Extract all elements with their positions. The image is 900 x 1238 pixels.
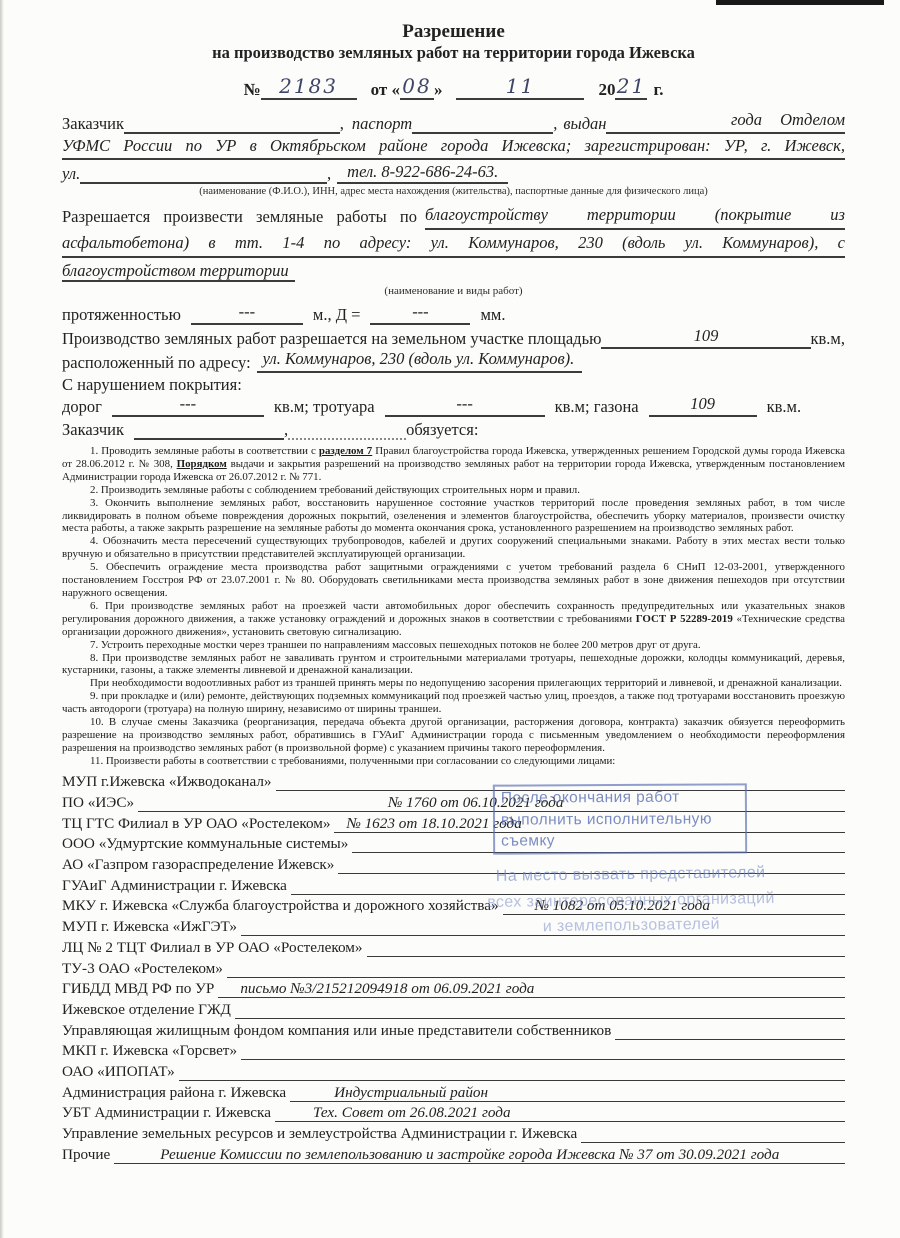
obligation-3: 3. Окончить выполнение земляных работ, в…	[62, 497, 845, 536]
agreement-label: АО «Газпром газораспределение Ижевск»	[62, 855, 338, 874]
blank-line	[581, 1122, 845, 1143]
lawn-unit: кв.м.	[767, 397, 802, 417]
lawn-value: 109	[649, 393, 757, 417]
area-unit: кв.м,	[811, 329, 846, 349]
agreement-row: УБТ Администрации г. ИжевскаТех. Совет о…	[62, 1102, 845, 1123]
gost-reference: ГОСТ Р 52289-2019	[636, 613, 733, 625]
blank-line	[124, 114, 340, 134]
permit-day-value: 08	[400, 74, 434, 100]
scan-edge-shadow	[0, 0, 4, 1238]
diameter-value: ---	[370, 301, 470, 325]
scanned-permit-document: Разрешение на производство земляных рабо…	[0, 0, 900, 1238]
sidewalk-value: ---	[385, 393, 545, 417]
agreement-row: ГИБДД МВД РФ по УРписьмо №3/215212094918…	[62, 978, 845, 999]
street-label: ул.	[62, 164, 80, 184]
roads-unit: кв.м; тротуара	[274, 397, 375, 417]
permit-number-line: № 2183 от « 08 » 11 20 21 г.	[62, 70, 845, 100]
blank-line	[615, 1019, 845, 1040]
address-label: расположенный по адресу:	[62, 353, 251, 373]
blank-line: Индустриальный район	[290, 1081, 845, 1102]
blank-line	[235, 998, 845, 1019]
stamp-call-representatives: На место вызвать представителей всех заи…	[477, 860, 784, 941]
works-caption: (наименование и виды работ)	[62, 284, 845, 299]
works-value-line-3-wrap: благоустройством территории	[62, 258, 845, 284]
obligation-7: 7. Устроить переходные мостки через тран…	[62, 639, 845, 652]
stamp-line: и землепользователей	[478, 911, 784, 941]
stamp-line: съемку	[501, 829, 739, 852]
obligation-8-cont: При необходимости водоотливных работ из …	[62, 677, 845, 690]
quote-close: »	[434, 80, 443, 100]
blank-line	[80, 164, 327, 184]
blank-line	[134, 416, 284, 440]
permit-year-value: 21	[615, 74, 647, 100]
passport-label: паспорт	[352, 114, 412, 134]
blank-line: Тех. Совет от 26.08.2021 года	[275, 1101, 845, 1122]
agreement-row: Управление земельных ресурсов и землеуст…	[62, 1122, 845, 1143]
obligation-link: Порядком	[177, 458, 227, 470]
customer-line-2: УФМС России по УР в Октябрьском районе г…	[62, 134, 845, 160]
agreement-label: Ижевское отделение ГЖД	[62, 1000, 235, 1019]
diameter-label: м., Д =	[313, 305, 361, 325]
agreement-label: ЛЦ № 2 ТЦТ Филиал в УР ОАО «Ростелеком»	[62, 938, 367, 957]
agreement-value: письмо №3/215212094918 от 06.09.2021 год…	[240, 979, 534, 998]
agreement-label: ПО «ИЭС»	[62, 793, 138, 812]
permit-number-value: 2183	[261, 74, 357, 100]
number-sign: №	[243, 80, 260, 100]
agreement-row: Администрация района г. ИжевскаИндустриа…	[62, 1081, 845, 1102]
document-body: Разрешение на производство земляных рабо…	[0, 0, 900, 1164]
obligation-8: 8. При производстве земляных работ не за…	[62, 652, 845, 678]
parameters-section: протяженностью --- м., Д = --- мм. Произ…	[62, 301, 845, 440]
customer-label-2: Заказчик	[62, 420, 124, 440]
comma: ,	[553, 114, 557, 134]
agreement-row: Ижевское отделение ГЖД	[62, 998, 845, 1019]
agreement-label: ТУ-3 ОАО «Ростелеком»	[62, 959, 227, 978]
stamp-line: После окончания работ	[501, 786, 739, 809]
year-suffix: г.	[653, 80, 663, 100]
blank-line	[179, 1060, 845, 1081]
agreement-label: Управляющая жилищным фондом компания или…	[62, 1021, 615, 1040]
obligation-9: 9. при прокладке и (или) ремонте, действ…	[62, 690, 845, 716]
document-title: Разрешение	[62, 20, 845, 43]
obligations-section: 1. Проводить земляные работы в соответст…	[62, 445, 845, 768]
agreement-label: МУП г.Ижевска «Ижводоканал»	[62, 772, 276, 791]
damage-label: С нарушением покрытия:	[62, 375, 242, 395]
area-line: Производство земляных работ разрешается …	[62, 325, 845, 349]
customer-line-3: ул. , тел. 8-922-686-24-63.	[62, 160, 508, 184]
coverage-line: дорог --- кв.м; тротуара --- кв.м; газон…	[62, 395, 845, 417]
works-value-line-1: благоустройству территории (покрытие из	[425, 202, 845, 230]
obligation-link: разделом 7	[319, 445, 372, 457]
agreement-label: МКП г. Ижевска «Горсвет»	[62, 1041, 241, 1060]
obligation-11: 11. Произвести работы в соответствии с т…	[62, 755, 845, 768]
blank-line	[367, 936, 846, 957]
comma: ,	[340, 114, 344, 134]
agreement-row: ТУ-3 ОАО «Ростелеком»	[62, 957, 845, 978]
area-label: Производство земляных работ разрешается …	[62, 329, 601, 349]
obligation-1: 1. Проводить земляные работы в соответст…	[62, 445, 845, 484]
agreement-value: Тех. Совет от 26.08.2021 года	[313, 1103, 511, 1122]
agreement-label: ГИБДД МВД РФ по УР	[62, 979, 218, 998]
works-value-line-2: асфальтобетона) в тт. 1-4 по адресу: ул.…	[62, 230, 845, 258]
agreement-row: ПрочиеРешение Комиссии по землепользован…	[62, 1143, 845, 1164]
address-line: расположенный по адресу: ул. Коммунаров,…	[62, 349, 845, 373]
obligation-6: 6. При производстве земляных работ на пр…	[62, 600, 845, 639]
agreement-label: МУП г. Ижевска «ИжГЭТ»	[62, 917, 241, 936]
sidewalk-unit: кв.м; газона	[555, 397, 639, 417]
customer-section: Заказчик , паспорт , выдан года Отделом …	[62, 110, 845, 198]
comma: ,	[327, 164, 331, 184]
damage-line: С нарушением покрытия:	[62, 373, 845, 395]
customer-caption: (наименование (Ф.И.О.), ИНН, адрес места…	[62, 185, 845, 198]
customer-line-1: Заказчик , паспорт , выдан года Отделом	[62, 110, 845, 134]
year-century: 20	[598, 80, 615, 100]
area-value: 109	[601, 325, 810, 349]
length-line: протяженностью --- м., Д = --- мм.	[62, 301, 845, 325]
date-from-label: от «	[371, 80, 400, 100]
blank-line: Решение Комиссии по землепользованию и з…	[114, 1143, 845, 1164]
blank-line	[227, 957, 845, 978]
roads-label: дорог	[62, 397, 102, 417]
works-value-line-3: благоустройством территории	[62, 261, 295, 282]
address-value: ул. Коммунаров, 230 (вдоль ул. Коммунаро…	[257, 347, 583, 373]
obligation-5: 5. Обеспечить ограждение места производс…	[62, 561, 845, 600]
blank-line	[412, 114, 553, 134]
phone-value: тел. 8-922-686-24-63.	[337, 162, 508, 184]
obligation-2: 2. Производить земляные работы с соблюде…	[62, 484, 845, 497]
permitted-works-section: Разрешается произвести земляные работы п…	[62, 204, 845, 299]
dotted-blank	[288, 416, 406, 440]
blank-line: письмо №3/215212094918 от 06.09.2021 год…	[218, 977, 845, 998]
agreement-row: ЛЦ № 2 ТЦТ Филиал в УР ОАО «Ростелеком»	[62, 936, 845, 957]
works-label: Разрешается произвести земляные работы п…	[62, 204, 417, 230]
obligation-4: 4. Обозначить места пересечений существу…	[62, 535, 845, 561]
customer-fill-tail: года Отделом	[731, 108, 845, 134]
agreement-row: ОАО «ИПОПАТ»	[62, 1060, 845, 1081]
customer-label: Заказчик	[62, 114, 124, 134]
length-label: протяженностью	[62, 305, 181, 325]
agreement-label: ГУАиГ Администрации г. Ижевска	[62, 876, 291, 895]
customer-obliges-line: Заказчик , обязуется:	[62, 417, 845, 440]
agreement-label: Администрация района г. Ижевска	[62, 1083, 290, 1102]
obligation-text: 1. Проводить земляные работы в соответст…	[90, 445, 319, 457]
agreement-label: ОАО «ИПОПАТ»	[62, 1062, 179, 1081]
agreement-label: ТЦ ГТС Филиал в УР ОАО «Ростелеком»	[62, 814, 334, 833]
agreement-value: Решение Комиссии по землепользованию и з…	[160, 1145, 779, 1164]
stamp-line: выполнить исполнительную	[501, 808, 739, 831]
agreement-row: Управляющая жилищным фондом компания или…	[62, 1019, 845, 1040]
works-line-1: Разрешается произвести земляные работы п…	[62, 204, 845, 230]
blank-line	[241, 1039, 845, 1060]
agreement-value: Индустриальный район	[334, 1083, 488, 1102]
permit-month-value: 11	[456, 74, 584, 100]
document-subtitle: на производство земляных работ на террит…	[62, 43, 845, 63]
obligation-10: 10. В случае смены Заказчика (реорганиза…	[62, 716, 845, 755]
agreement-label: Управление земельных ресурсов и землеуст…	[62, 1124, 581, 1143]
issued-label: выдан	[563, 114, 606, 134]
stamp-line: всех заинтересованных организаций	[478, 885, 784, 915]
agreement-label: УБТ Администрации г. Ижевска	[62, 1103, 275, 1122]
obliges-label: обязуется:	[406, 420, 478, 440]
agreement-row: МКП г. Ижевска «Горсвет»	[62, 1040, 845, 1061]
stamp-line: На место вызвать представителей	[477, 860, 783, 890]
blank-line	[606, 114, 730, 134]
scan-edge-artifact	[716, 0, 884, 5]
length-value: ---	[191, 301, 303, 325]
roads-value: ---	[112, 393, 264, 417]
agreement-label: ООО «Удмуртские коммунальные системы»	[62, 834, 352, 853]
mm-unit: мм.	[480, 305, 505, 325]
agreement-label: МКУ г. Ижевска «Служба благоустройства и…	[62, 896, 503, 915]
stamp-executive-survey: После окончания работ выполнить исполнит…	[493, 783, 747, 854]
agreement-label: Прочие	[62, 1145, 114, 1164]
